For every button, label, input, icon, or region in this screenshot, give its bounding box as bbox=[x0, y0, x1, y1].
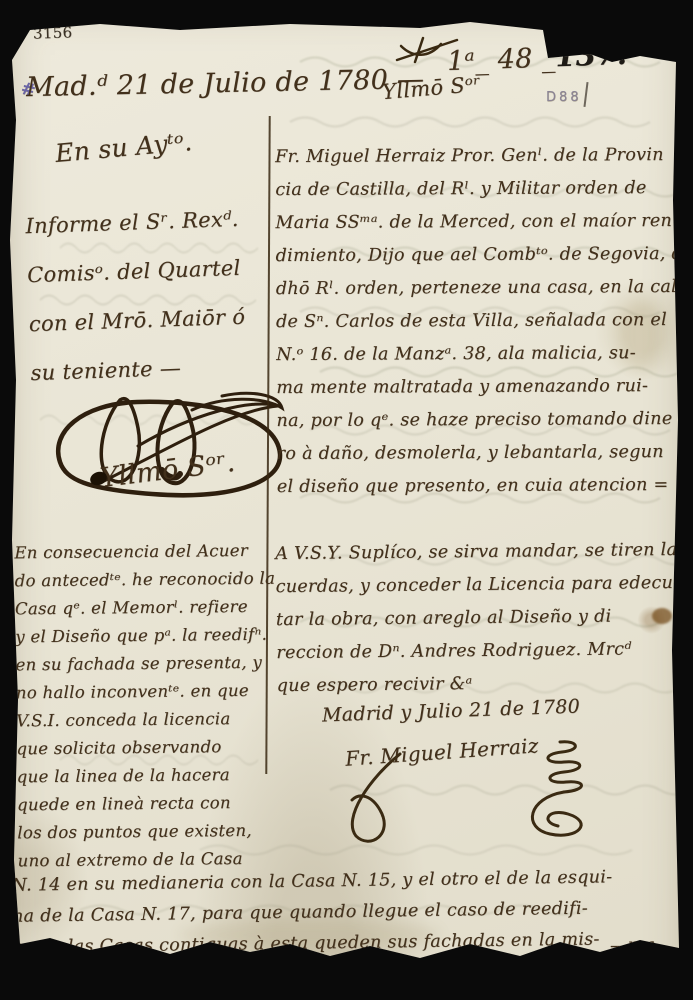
memorial-line: N.ᵒ 16. de la Manzᵃ. 38, ala malicia, su… bbox=[276, 337, 682, 372]
date-line: Mad.ᵈ 21 de Julio de 1780 — bbox=[26, 64, 425, 103]
informe-line: los dos puntos que existen, bbox=[17, 817, 275, 848]
informe-line: no hallo inconvenᵗᵉ. en que bbox=[16, 677, 274, 708]
bottom-catchword: —ma bbox=[610, 936, 655, 956]
memorial-line: na, por lo qᵉ. se haze preciso tomando d… bbox=[276, 403, 682, 438]
informe-line: V.S.I. conceda la licencia bbox=[16, 705, 274, 736]
memorial-line: Maria SSᵐᵃ. de la Merced, con el maíor r… bbox=[275, 205, 681, 240]
memorial-line: Fr. Miguel Herraiz Pror. Genˡ. de la Pro… bbox=[275, 139, 681, 174]
informe-line: en su fachada se presenta, y bbox=[15, 649, 273, 680]
bottom-text: N. 14 en su medianeria con la Casa N. 15… bbox=[11, 861, 684, 963]
petition-line: que espero recivir &ᵃ bbox=[277, 666, 683, 703]
memorial-line: dimiento, Dijo que ael Combᵗᵒ. de Segovi… bbox=[276, 238, 682, 273]
memorial-line: ma mente maltratada y amenazando rui- bbox=[276, 370, 682, 405]
call-number-prefix: 1ᵃ_ 48 _ bbox=[447, 42, 556, 77]
informe-line: que la linea de la hacera bbox=[17, 761, 275, 792]
decree-line: Comisᵒ. del Quartel bbox=[26, 243, 270, 300]
rubric-flourish bbox=[42, 362, 297, 512]
memorial-line: dhō Rˡ. orden, perteneze una casa, en la… bbox=[276, 271, 682, 306]
memorial-line: ro à daño, desmolerla, y lebantarla, seg… bbox=[277, 436, 683, 471]
call-number-folio: 137. bbox=[555, 37, 628, 73]
petition-line: cuerdas, y conceder la Licencia para ede… bbox=[275, 567, 681, 604]
archive-number: 3156 bbox=[33, 23, 73, 42]
memorial-line: cia de Castilla, del Rˡ. y Militar orden… bbox=[275, 172, 681, 207]
informe-line: quede en lineà recta con bbox=[17, 789, 275, 820]
paper-sheet: 3156 # Mad.ᵈ 21 de Julio de 1780 — 1ᵃ_ 4… bbox=[0, 0, 693, 1000]
docket-note: En su Ayᵗᵒ. bbox=[54, 127, 193, 168]
petition-line: reccion de Dⁿ. Andres Rodriguez. Mrcᵈ bbox=[276, 633, 682, 670]
petition-line: A V.S.Y. Suplíco, se sirva mandar, se ti… bbox=[275, 534, 681, 571]
call-number: 1ᵃ_ 48 _137. bbox=[446, 37, 627, 77]
memorial-line: el diseño que presento, en cuia atencion… bbox=[277, 469, 683, 504]
informe-text: En consecuencia del Acuer do antecedᵗᵉ. … bbox=[14, 537, 276, 876]
petition-text: A V.S.Y. Suplíco, se sirva mandar, se ti… bbox=[275, 534, 683, 703]
catalog-stamp: D88 bbox=[546, 90, 582, 105]
signature-flourish bbox=[330, 748, 420, 848]
informe-line: do antecedᵗᵉ. he reconocido la bbox=[15, 565, 273, 596]
manuscript-scan: 3156 # Mad.ᵈ 21 de Julio de 1780 — 1ᵃ_ 4… bbox=[0, 0, 693, 1000]
stamp-tick-mark bbox=[583, 82, 588, 107]
informe-line: Casa qᵉ. el Memorˡ. refiere bbox=[15, 593, 273, 624]
memorial-text: Fr. Miguel Herraiz Pror. Genˡ. de la Pro… bbox=[275, 139, 683, 504]
informe-line: y el Diseño que pᵃ. la reedifⁿ. bbox=[15, 621, 273, 652]
petition-line: tar la obra, con areglo al Diseño y di bbox=[276, 600, 682, 637]
decree-line: Informe el Sʳ. Rexᵈ. bbox=[25, 194, 269, 251]
informe-line: En consecuencia del Acuer bbox=[14, 537, 272, 568]
memorial-line: de Sⁿ. Carlos de esta Villa, señalada co… bbox=[276, 304, 682, 339]
decree-line: con el Mrō. Maiōr ó bbox=[28, 292, 272, 349]
informe-line: que solicita observando bbox=[16, 733, 274, 764]
signature-rubric bbox=[498, 736, 598, 851]
